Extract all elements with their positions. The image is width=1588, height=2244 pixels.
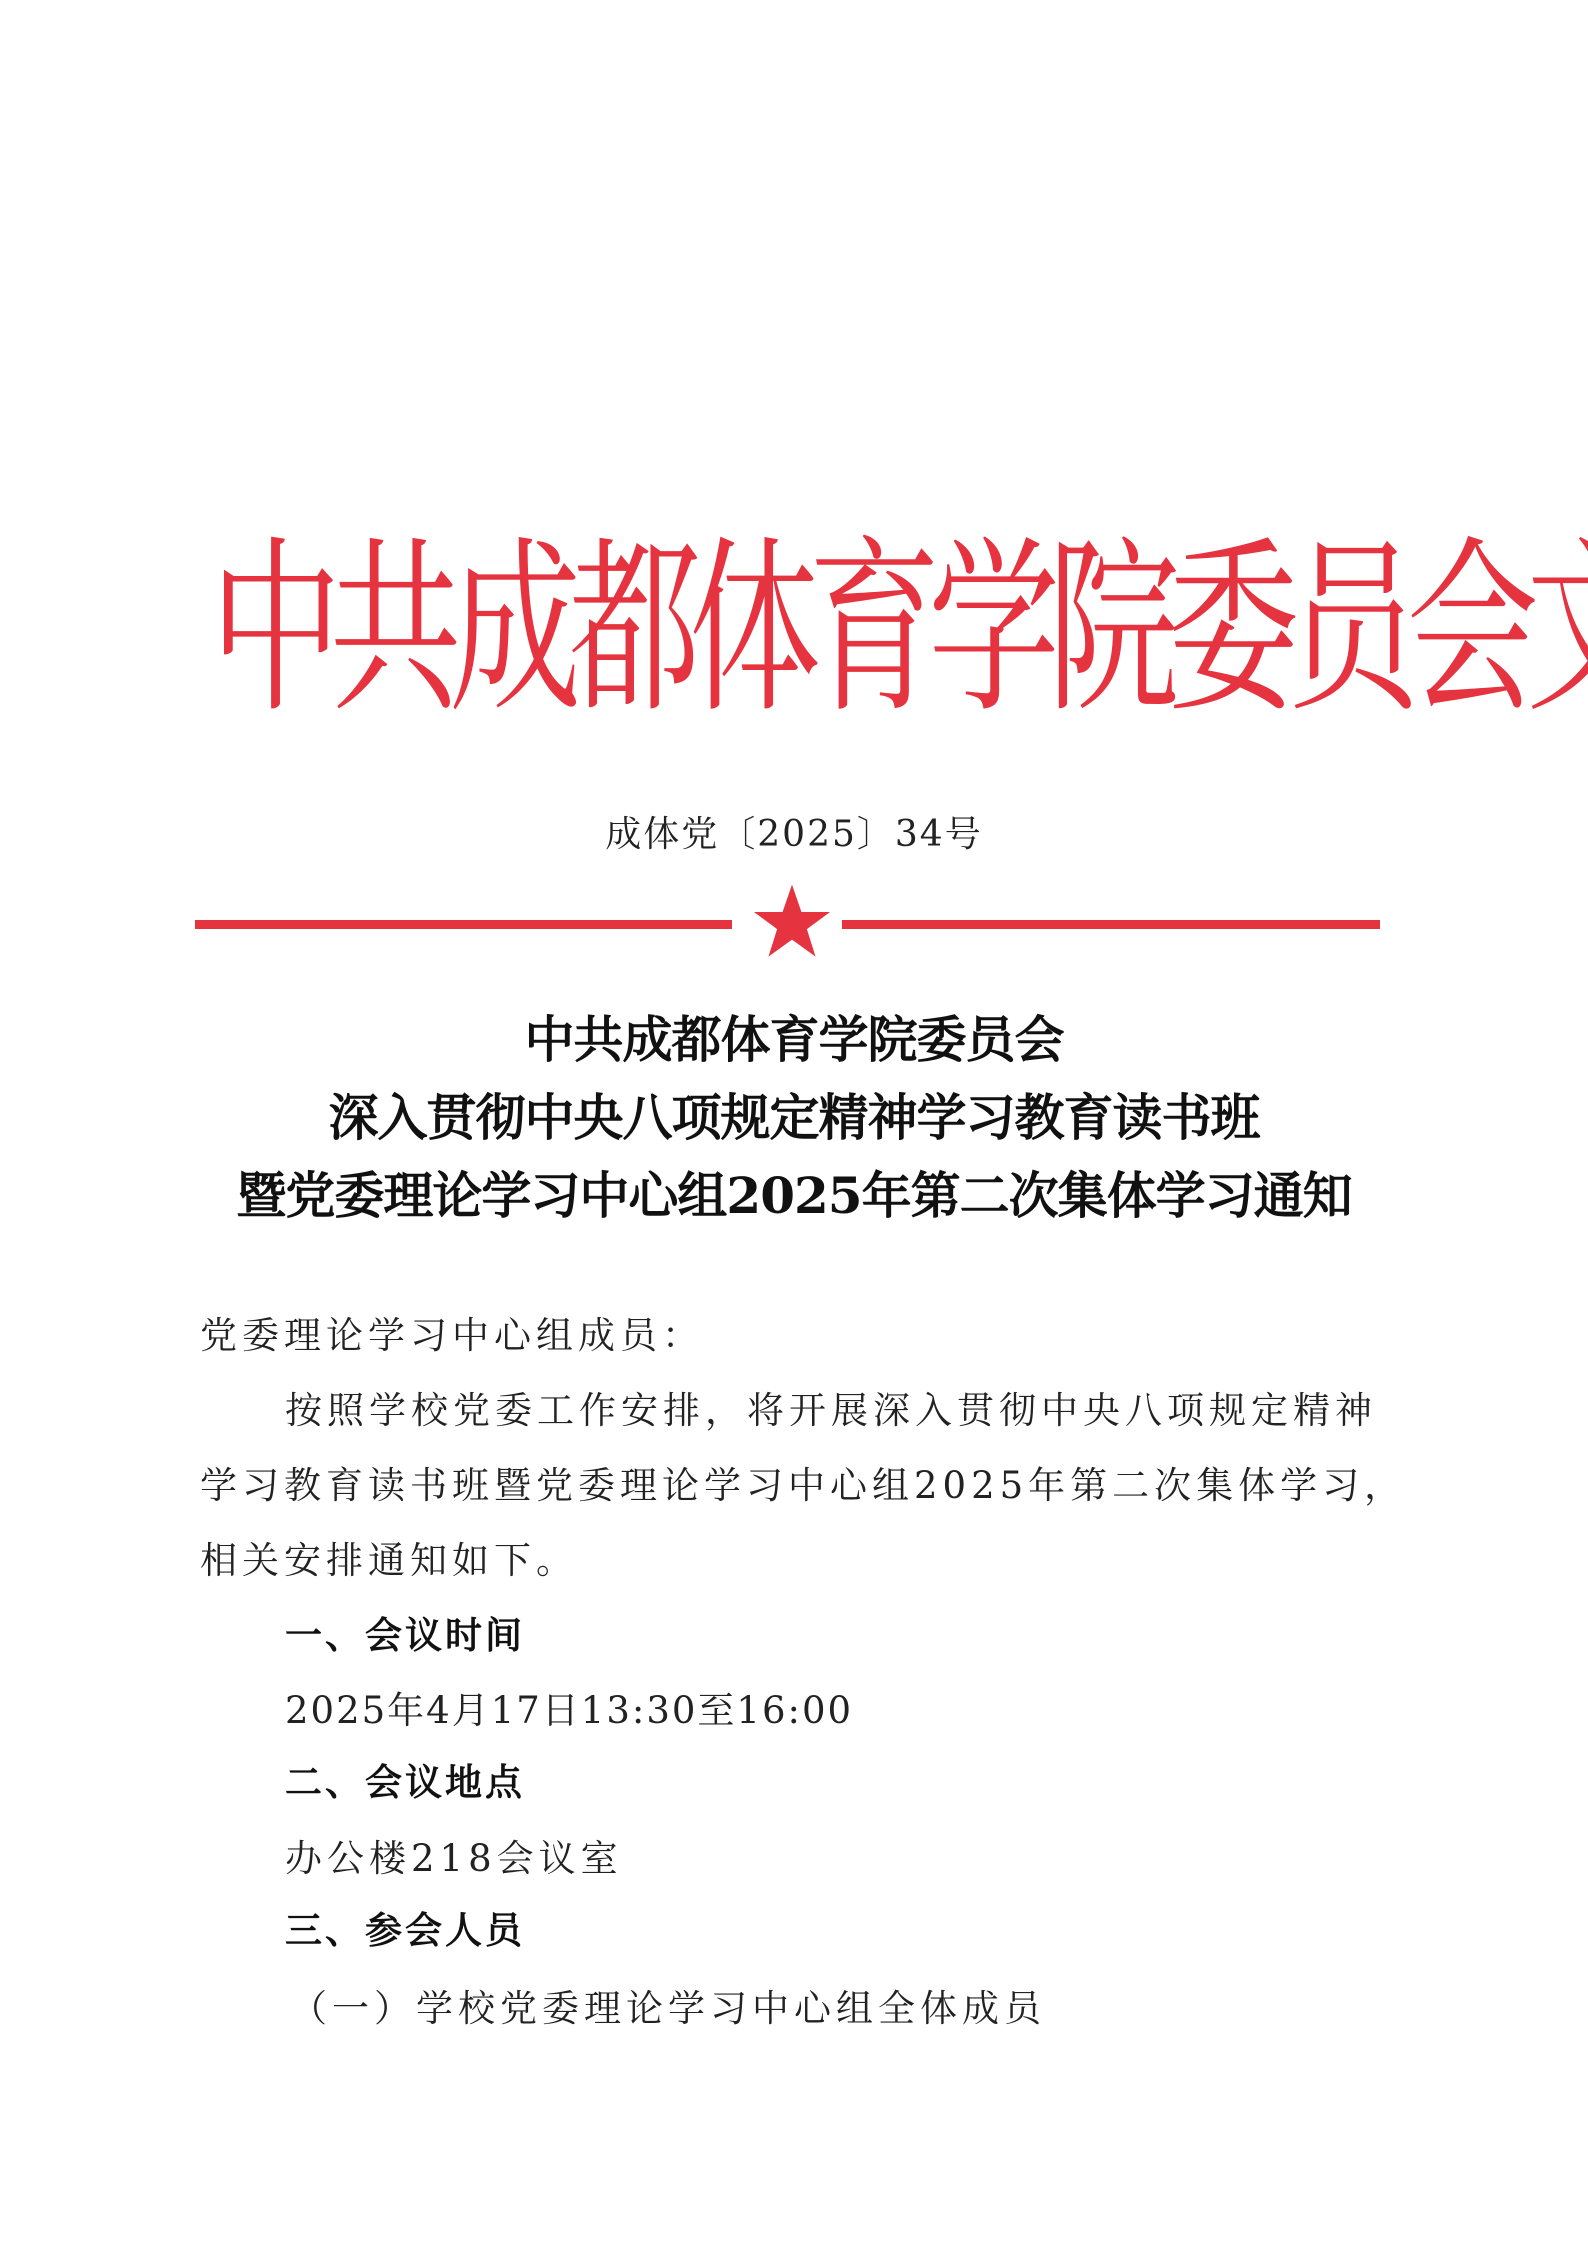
red-masthead-title: 中共成都体育学院委员会文件: [210, 493, 1240, 768]
document-number: 成体党〔2025〕34号: [0, 806, 1588, 857]
section-heading-time: 一、会议时间: [285, 1605, 525, 1659]
attendees-item-1: （一）学校党委理论学习中心组全体成员: [290, 1978, 1046, 2032]
notice-title-line-2: 深入贯彻中央八项规定精神学习教育读书班: [0, 1078, 1588, 1150]
red-divider-left: [195, 920, 732, 929]
notice-title-line-1: 中共成都体育学院委员会: [0, 1000, 1588, 1072]
red-star-icon: [752, 883, 832, 963]
paragraph-line-1: 按照学校党委工作安排，将开展深入贯彻中央八项规定精神: [285, 1380, 1377, 1434]
meeting-time: 2025年4月17日13:30至16:00: [285, 1680, 853, 1734]
red-divider-right: [842, 920, 1380, 929]
paragraph-line-3: 相关安排通知如下。: [200, 1530, 578, 1584]
paragraph-line-2: 学习教育读书班暨党委理论学习中心组2025年第二次集体学习，: [200, 1455, 1406, 1509]
meeting-location: 办公楼218会议室: [285, 1828, 623, 1882]
section-heading-location: 二、会议地点: [285, 1752, 525, 1806]
salutation: 党委理论学习中心组成员：: [200, 1305, 704, 1359]
notice-title-line-3: 暨党委理论学习中心组2025年第二次集体学习通知: [0, 1156, 1588, 1228]
section-heading-attendees: 三、参会人员: [285, 1900, 525, 1954]
document-page: 中共成都体育学院委员会文件 成体党〔2025〕34号 中共成都体育学院委员会 深…: [0, 0, 1588, 2244]
